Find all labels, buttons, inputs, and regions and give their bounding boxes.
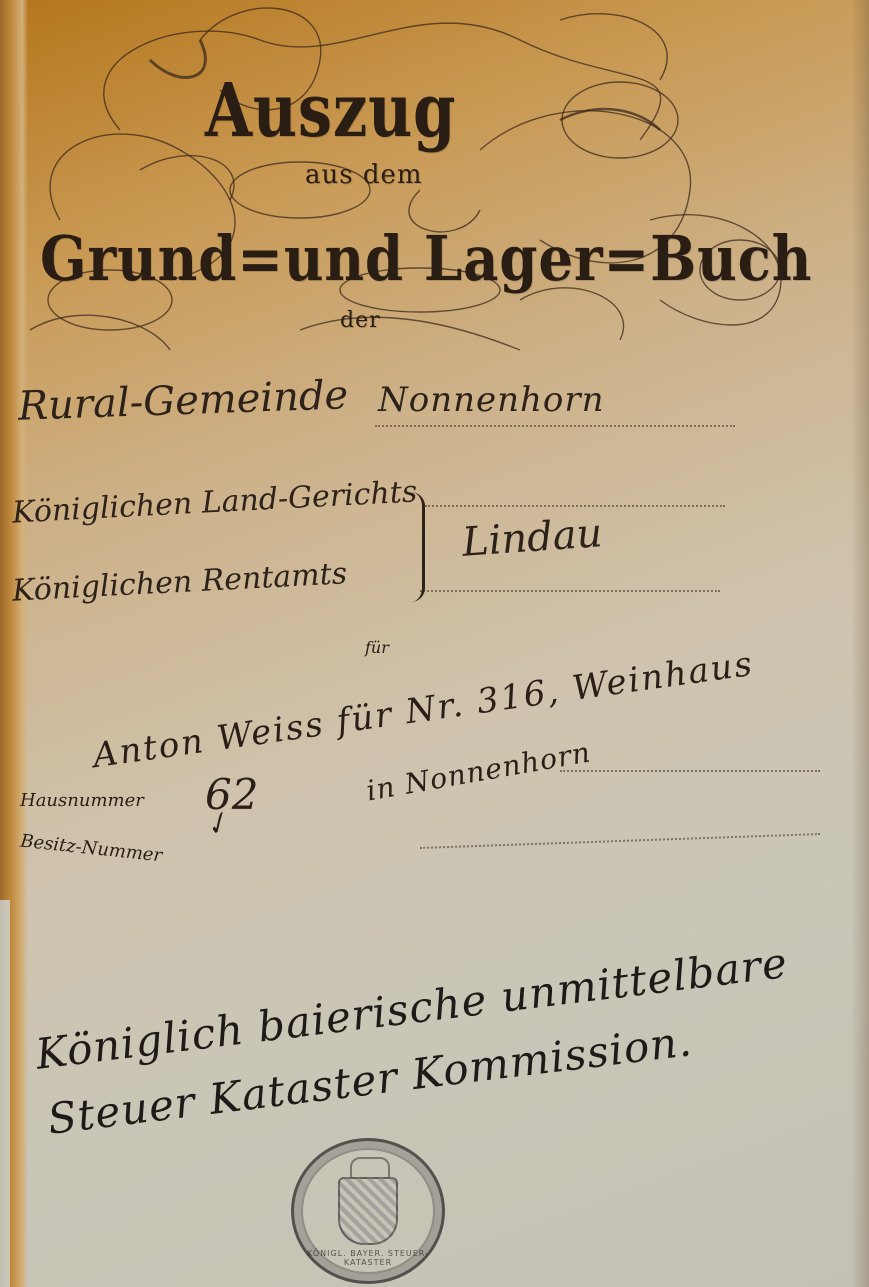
- gemeinde-value: Nonnenhorn: [378, 380, 605, 420]
- house-dotted-line: [560, 770, 820, 772]
- page-binding-edge: [0, 0, 28, 1287]
- title-subline-der: der: [340, 308, 381, 333]
- calligraphic-flourish-ornament: [0, 0, 869, 380]
- house-number-label: Hausnummer: [20, 790, 144, 811]
- title-subline-aus-dem: aus dem: [305, 160, 423, 190]
- document-title: Auszug: [205, 68, 456, 154]
- title-book-name: Grund=und Lager=Buch: [40, 222, 812, 295]
- property-number-label: Besitz-Nummer: [19, 831, 163, 867]
- official-seal-stamp: KÖNIGL. BAYER. STEUER-KATASTER: [291, 1138, 445, 1284]
- handwritten-owner-line: Anton Weiss für Nr. 316, Weinhaus: [90, 644, 756, 776]
- crown-icon: [350, 1157, 390, 1177]
- gemeinde-dotted-line: [375, 425, 735, 427]
- rentamt-dotted-line: [420, 590, 720, 592]
- handwritten-superscript: für: [365, 638, 389, 657]
- landgericht-dotted-line: [425, 505, 725, 507]
- page-right-edge: [851, 0, 869, 1287]
- gemeinde-label: Rural-Gemeinde: [17, 372, 349, 429]
- coat-of-arms-icon: [338, 1177, 398, 1245]
- rentamt-label: Königlichen Rentamts: [11, 556, 348, 608]
- property-dotted-line: [420, 833, 820, 849]
- house-location-value: in Nonnenhorn: [364, 736, 594, 808]
- landgericht-label: Königlichen Land-Gerichts: [11, 474, 418, 530]
- curly-brace-grouping: [408, 492, 425, 602]
- district-value: Lindau: [461, 510, 604, 566]
- seal-text: KÖNIGL. BAYER. STEUER-KATASTER: [294, 1249, 442, 1267]
